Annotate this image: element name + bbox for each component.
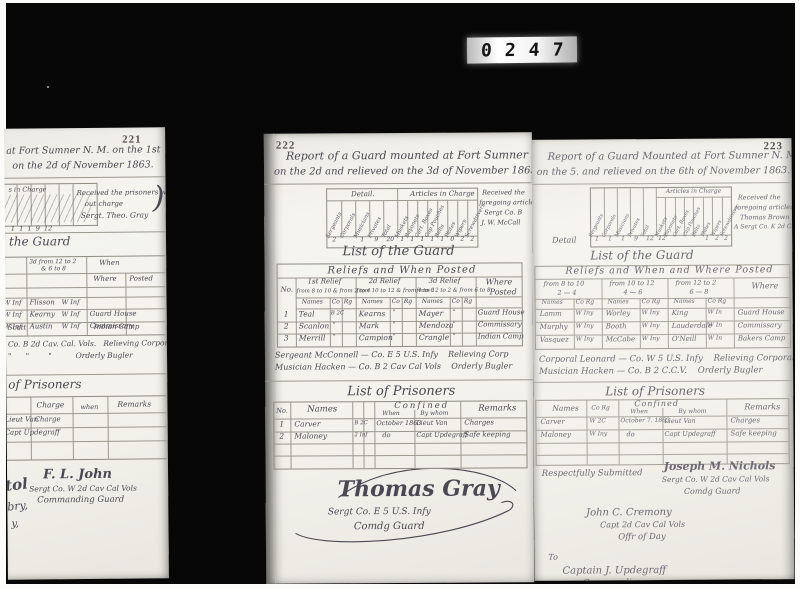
receipt-note-line: Received the — [482, 189, 525, 196]
prisoner-row-cell: Carver — [540, 419, 564, 427]
receipt-note-line: foregoing articles — [735, 204, 793, 212]
guard-row-cell: Campion — [359, 334, 393, 343]
table-line — [275, 454, 527, 456]
co-label: Co Rg — [708, 299, 727, 306]
commander-role: Commanding Guard — [37, 496, 124, 506]
guard-row-cell: W Iny — [642, 336, 660, 343]
commander-role: Comdg Guard — [354, 521, 425, 533]
guard-row-cell: Scott — [8, 325, 27, 333]
guard-row-cell: W Inf — [4, 300, 21, 307]
receipt-note-signature: Sergt. Theo. Gray — [81, 211, 149, 220]
bywhom-header: By whom — [420, 411, 448, 418]
detail-label: Detail — [552, 237, 576, 246]
orderly-bugler-line: Musician Hacken — Co. B 2 Cav Cal Vols O… — [275, 362, 512, 372]
detail-number: 1 — [400, 237, 404, 244]
table-line — [733, 277, 734, 347]
guard-row-cell: Flisson — [30, 299, 55, 307]
guard-row-cell: W In — [708, 323, 722, 330]
ruled-line — [5, 231, 166, 233]
table-line — [374, 402, 375, 468]
commander-rank: Sergt Co. W 2d Cav Cal Vols — [29, 485, 137, 494]
prisoner-row-cell: Capt Updegraff — [664, 431, 715, 439]
relief-times: from 12 to 2 — [675, 280, 716, 288]
detail-number: 9 — [374, 237, 378, 244]
relief-times: 2 — 4 — [558, 290, 577, 297]
commander-rank: Sergt Co. E 5 U.S. Infy — [328, 507, 431, 518]
posted-label: Posted — [129, 275, 153, 283]
guard-row-cell: Guard House — [478, 309, 525, 317]
guard-row-cell: " — [453, 334, 456, 341]
report-title-line: on the 2d of November 1863. — [12, 160, 153, 172]
remarks-header: Remarks — [744, 403, 780, 412]
guard-row-cell: W In — [708, 336, 722, 343]
report-title-line: Report of a Guard Mounted at Fort Sumner… — [548, 150, 795, 163]
relief-times: & 6 to 8 — [41, 266, 66, 273]
addressee-title: Commanding — [583, 578, 644, 581]
receipt-note-signature: Thomas Brown — [740, 214, 789, 222]
guard-row-cell: Kearns — [359, 310, 386, 319]
table-line — [4, 412, 166, 414]
illegible-column-scribbles — [5, 194, 91, 223]
prisoner-row-cell: do — [627, 431, 635, 438]
reliefs-header: Reliefs and When and Where Posted — [565, 265, 773, 277]
prisoner-row-cell: Maloney — [541, 432, 571, 440]
detail-number: 20 — [386, 237, 394, 244]
co-label: Co — [332, 299, 340, 306]
relief-times: 4 — 6 — [624, 289, 643, 296]
ruled-line — [6, 373, 167, 375]
relieving-corporal-line: Corporal Leonard — Co. W 5 U.S. Infy Rel… — [539, 354, 795, 365]
guard-row-cell: " — [453, 322, 456, 329]
respectfully-submitted-line: Respectfully Submitted — [542, 469, 643, 479]
prisoner-row-cell: Carver — [294, 420, 320, 429]
guard-row-cell: Commissary — [478, 321, 522, 329]
microfilm-background: 0247 221 at Fort Sumner N. M. on the 1st… — [6, 3, 795, 584]
guard-row-cell: O'Neill — [672, 336, 697, 344]
reliefs-table: Reliefs and When Posted No. 1st Relief f… — [277, 262, 523, 347]
table-line — [274, 442, 526, 444]
remarks-header: Remarks — [117, 400, 151, 409]
no-label: No. — [281, 287, 293, 295]
articles-header: Articles in Charge — [666, 189, 721, 196]
co-label: Co Rg — [576, 299, 595, 306]
guard-row-cell: " — [453, 310, 456, 317]
prisoner-row-cell: B 2C — [354, 420, 368, 426]
prisoners-heading: List of Prisoners — [605, 385, 705, 399]
names-label: Names — [608, 299, 629, 306]
flourish-brace: ) — [153, 181, 165, 215]
receipt-note-line: out charge — [85, 201, 123, 209]
detail-number: 1 — [621, 236, 625, 243]
commander-signature: Joseph M. Nichols — [664, 460, 776, 473]
co-header: Co Rg — [591, 405, 610, 412]
table-line — [327, 200, 477, 202]
names-header: Names — [552, 405, 578, 414]
detail-number: 1 — [608, 236, 612, 243]
prisoner-row-cell: W Iny — [590, 431, 608, 438]
report-title-line: on the 2d and relieved on the 3d of Nove… — [274, 165, 534, 178]
guard-row-cell: W Iny — [642, 310, 660, 317]
detail-number: 1 — [360, 237, 364, 244]
guard-row-cell: Mark — [359, 322, 379, 330]
guard-row-cell: Bakers Camp — [738, 335, 786, 343]
guard-row-cell: Booth — [606, 323, 627, 331]
names-label: Names — [302, 299, 323, 306]
relief-header: 2d Relief — [369, 278, 401, 286]
guard-row-cell: King — [672, 310, 689, 318]
relief-header: 3d Relief — [429, 278, 461, 286]
reliefs-table-fragment: 3d from 12 to 2 & 6 to 8 When Where Post… — [4, 255, 166, 336]
charge-header: Charge — [36, 401, 64, 410]
relief-times: from 10 to 12 — [609, 280, 654, 288]
receipt-note-line: Sergt Co. B — [484, 209, 522, 216]
page-222: 222 Report of a Guard mounted at Fort Su… — [264, 132, 534, 583]
guard-row-cell: B 2C — [331, 310, 345, 316]
guard-row-cell: W Inf — [62, 323, 80, 330]
articles-header: Articles in Charge — [410, 191, 475, 199]
prisoners-heading: List of Prisoners — [347, 385, 455, 400]
commander-signature: F. L. John — [43, 468, 112, 483]
prisoner-row-cell: 2 — [279, 433, 284, 441]
detail-table: Detail. Articles in Charge Sergeants Cor… — [326, 188, 478, 249]
prisoner-row-cell: October 7. 1863 — [620, 418, 669, 425]
prisoner-row-cell: Charge — [35, 416, 61, 424]
guard-row-cell: W Inf — [4, 312, 22, 319]
regt-label: Rg — [464, 299, 472, 306]
guard-row-cell: Indian Camp — [94, 324, 140, 332]
prisoner-row-cell: Capt Updegraff — [5, 429, 60, 437]
table-line — [290, 403, 291, 469]
guard-row-cell: W Inf — [62, 311, 80, 318]
detail-number: 1 — [440, 237, 444, 244]
table-line — [352, 402, 353, 468]
regt-label: Rg — [344, 299, 352, 306]
detail-number: 12 — [658, 236, 666, 243]
guard-row-cell: Kearny — [30, 311, 55, 319]
guard-row-cell: Mayer — [419, 310, 443, 319]
guard-row-cell: W In — [708, 310, 722, 317]
margin-scribble: bry, — [7, 500, 29, 514]
report-title-line: at Fort Sumner N. M. on the 1st — [6, 145, 160, 157]
prisoner-row-cell: Safe keeping — [730, 430, 776, 438]
names-label: Names — [422, 299, 443, 306]
when-header: when — [80, 404, 98, 411]
frame-counter: 0247 — [467, 36, 577, 63]
guard-row-cell: Scanlon — [299, 322, 329, 331]
posted-label: Posted — [490, 288, 517, 297]
orderly-bugler-line: " " " Orderly Bugler — [8, 352, 133, 361]
reliefs-table: Reliefs and When and Where Posted from 8… — [534, 264, 791, 350]
film-speck — [47, 86, 49, 88]
guard-row-cell: Vasquez — [540, 337, 569, 345]
table-line — [4, 440, 167, 442]
receipt-note-line: Received the — [738, 194, 781, 202]
names-label: Names — [542, 300, 563, 307]
officer-of-day-signature: John C. Cremony — [586, 507, 672, 519]
guard-row-cell: 2 — [284, 323, 289, 331]
guard-row-cell: 3 — [284, 335, 289, 343]
guard-row-cell: " — [393, 334, 396, 341]
detail-number: 1 — [595, 236, 599, 243]
prisoner-row-cell: Maloney — [294, 432, 327, 441]
guard-row-cell: Mendoza — [419, 322, 454, 331]
detail-number: 12 — [646, 236, 654, 243]
guard-row-cell: Murphy — [540, 324, 568, 332]
guard-row-cell: Guard House — [90, 311, 137, 319]
guard-row-cell: W Iny — [642, 323, 660, 330]
guard-row-cell: Austin — [30, 323, 53, 331]
officer-of-day-role: Offr of Day — [618, 533, 665, 543]
ruled-line — [533, 380, 793, 383]
commander-signature: Thomas Gray — [338, 476, 500, 501]
prisoners-heading-fragment: of Prisoners — [8, 378, 81, 392]
page-223: 223 Report of a Guard Mounted at Fort Su… — [531, 138, 794, 581]
guard-row-cell: Merrill — [299, 334, 326, 343]
table-line — [4, 296, 165, 298]
page-221: 221 at Fort Sumner N. M. on the 1st on t… — [4, 127, 169, 579]
guard-row-cell: Commissary — [738, 322, 782, 330]
detail-number: 2 — [724, 236, 728, 243]
guard-row-cell: Worley — [606, 310, 631, 318]
where-label: Where — [486, 278, 513, 287]
guard-row-cell: W Iny — [576, 310, 594, 317]
guard-row-cell: W Iny — [576, 323, 594, 330]
commander-role: Comdg Guard — [684, 487, 741, 496]
officer-of-day-rank: Capt 2d Cav Cal Vols — [600, 521, 685, 531]
receipt-note-line: A Sergt Co. K 2d Cav — [734, 224, 794, 231]
prisoners-table: Names Co Rg Confined When By whom Remark… — [535, 398, 789, 466]
ruled-line — [265, 379, 533, 381]
report-title-line: Report of a Guard mounted at Fort Sumner… — [286, 149, 534, 163]
table-line — [601, 278, 602, 348]
prisoners-table-fragment: Charge when Remarks Lieut Van Charge Cap… — [4, 395, 167, 460]
frame-counter-digits: 0247 — [467, 39, 577, 61]
detail-number: 2 — [332, 237, 336, 244]
margin-scribble: tol — [4, 475, 28, 494]
margin-scribble: y, — [11, 519, 19, 530]
names-header: Names — [307, 405, 337, 415]
relief-times: from 8 to 10 — [543, 281, 584, 289]
ruled-line — [4, 176, 165, 178]
relieving-corporal-line: Sergeant McConnell — Co. E 5 U.S. Infy R… — [275, 350, 509, 360]
co-label: Co — [452, 299, 460, 306]
detail-number: 1 — [705, 236, 709, 243]
detail-number: 1 — [420, 237, 424, 244]
prisoner-row-cell: Capt Updegraff — [416, 432, 467, 440]
where-label: Where — [93, 276, 116, 284]
detail-number: 1 — [430, 237, 434, 244]
co-label: Co — [392, 299, 400, 306]
addressee-name: Captain J. Updegraff — [562, 565, 666, 577]
ruled-line — [532, 182, 792, 185]
no-label: No. — [276, 408, 288, 415]
guard-row-cell: " — [333, 334, 336, 341]
guard-list-heading: List of the Guard — [590, 249, 694, 263]
guard-row-cell: W Iny — [576, 336, 594, 343]
table-header-fragment: s in Charge — [9, 186, 47, 194]
prisoner-row-cell: Lieut Van — [5, 416, 39, 424]
detail-table: Articles in Charge Sergeants Corporals M… — [590, 187, 732, 248]
detail-header: Detail. — [351, 191, 374, 199]
guard-list-heading-fragment: the Guard — [9, 235, 70, 249]
prisoner-row-cell: 1 — [279, 421, 284, 429]
guard-row-cell: Lamm — [540, 311, 562, 319]
prisoners-table: No. Names Confined When By whom Remarks … — [273, 400, 527, 469]
relief-header: 1st Relief — [308, 278, 342, 286]
regt-label: Rg — [404, 299, 412, 306]
where-label: Where — [751, 282, 778, 291]
guard-row-cell: " — [393, 310, 396, 317]
when-header: When — [630, 409, 647, 416]
reliefs-header: Reliefs and When Posted — [328, 265, 477, 277]
guard-row-cell: " — [333, 322, 336, 329]
prisoner-row-cell: Charges — [464, 420, 494, 428]
prisoner-row-cell: do — [382, 432, 390, 439]
table-line — [667, 278, 668, 348]
ruled-line — [264, 182, 532, 184]
to-label: To — [548, 554, 558, 563]
prisoner-row-cell: 2 Inf — [354, 432, 367, 438]
prisoner-row-cell: Charges — [730, 417, 760, 425]
prisoner-row-cell: Safe keeping — [464, 431, 510, 439]
when-header: When — [382, 411, 399, 418]
detail-number: 2 — [460, 237, 464, 244]
remarks-header: Remarks — [478, 404, 516, 414]
co-label: Co Rg — [642, 299, 661, 306]
names-label: Names — [674, 299, 695, 306]
relief-times: 6 — 8 — [690, 289, 709, 296]
receipt-note-line: foregoing articles — [479, 199, 534, 207]
prisoner-row-cell: W 2C — [589, 418, 606, 425]
guard-row-cell: Guard House — [738, 309, 785, 317]
guard-row-cell: Lauderdale — [672, 323, 712, 331]
table-line — [4, 321, 166, 323]
detail-number: 0 — [450, 237, 454, 244]
guard-list-heading: List of the Guard — [342, 245, 454, 260]
detail-number: 9 — [634, 236, 638, 243]
guard-row-cell: W Inf — [62, 299, 80, 306]
commander-rank: Sergt Co. W 2d Cav Cal Vols — [662, 475, 770, 484]
bywhom-header: By whom — [678, 409, 706, 416]
guard-row-cell: 1 — [284, 311, 289, 319]
when-label: When — [99, 260, 119, 268]
guard-row-cell: McCabe — [606, 336, 635, 344]
table-line — [4, 308, 166, 310]
report-title-line: on the 5. and relieved on the 6th of Nov… — [537, 166, 791, 178]
guard-row-cell: Indian Camp — [478, 333, 524, 341]
detail-number: 2 — [470, 237, 474, 244]
names-label: Names — [362, 299, 383, 306]
orderly-bugler-line: Musician Hacken — Co. B 2 C.C.V. Orderly… — [539, 366, 763, 377]
table-line — [4, 286, 165, 288]
prisoner-row-cell: October 1863 — [376, 420, 421, 428]
receipt-note-signature: J. W. McCall — [481, 219, 520, 226]
detail-number: 2 — [715, 236, 719, 243]
guard-row-cell: Crangle — [419, 334, 449, 343]
detail-number: 1 — [410, 237, 414, 244]
relieving-corporal-line: Co. B 2d Cav. Cal. Vols. Relieving Corpo… — [8, 339, 169, 349]
prisoner-row-cell: Lieut Van — [664, 418, 695, 425]
guard-row-cell: " — [393, 322, 396, 329]
guard-row-cell: Teal — [299, 310, 315, 318]
prisoner-row-cell: Lieut Van — [416, 420, 447, 427]
relief-times: from 12 to 2 & from 6 to 8 — [417, 288, 491, 295]
